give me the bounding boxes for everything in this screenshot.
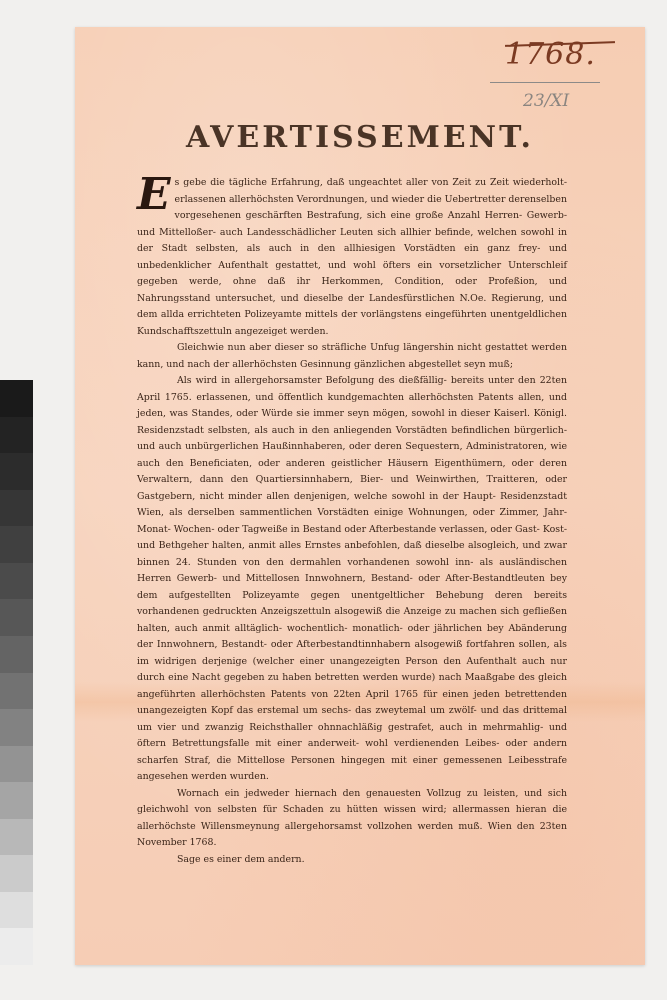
gray-step [0, 928, 33, 965]
handwritten-year-annotation: 1768. [505, 37, 596, 72]
gray-step [0, 380, 33, 417]
handwritten-date-annotation: 23/XI [523, 91, 569, 111]
gray-step [0, 490, 33, 527]
handwritten-underline [490, 82, 600, 83]
paragraph-als-wird: Als wird in allergehorsamster Befolgung … [137, 373, 567, 786]
closing-line: Sage es einer dem andern. [137, 852, 567, 869]
paragraph-intro: Es gebe die tägliche Erfahrung, daß unge… [137, 175, 567, 340]
gray-step [0, 855, 33, 892]
paragraph-gleichwie: Gleichwie nun aber dieser so sträfliche … [137, 340, 567, 373]
gray-step [0, 673, 33, 710]
gray-step [0, 892, 33, 929]
document-sheet: 1768. 23/XI AVERTISSEMENT. Es gebe die t… [75, 27, 645, 965]
ornamental-drop-cap: E [137, 173, 171, 217]
gray-step [0, 599, 33, 636]
document-body: Es gebe die tägliche Erfahrung, daß unge… [137, 175, 567, 868]
paragraph-intro-text: s gebe die tägliche Erfahrung, daß ungea… [137, 177, 567, 337]
gray-step [0, 782, 33, 819]
gray-step [0, 526, 33, 563]
gray-step [0, 819, 33, 856]
document-title: AVERTISSEMENT. [75, 120, 645, 155]
gray-step [0, 636, 33, 673]
gray-step [0, 746, 33, 783]
gray-step [0, 417, 33, 454]
gray-step [0, 453, 33, 490]
paragraph-wornach: Wornach ein jedweder hiernach den genaue… [137, 786, 567, 852]
gray-step [0, 709, 33, 746]
grayscale-calibration-strip [0, 380, 33, 965]
gray-step [0, 563, 33, 600]
